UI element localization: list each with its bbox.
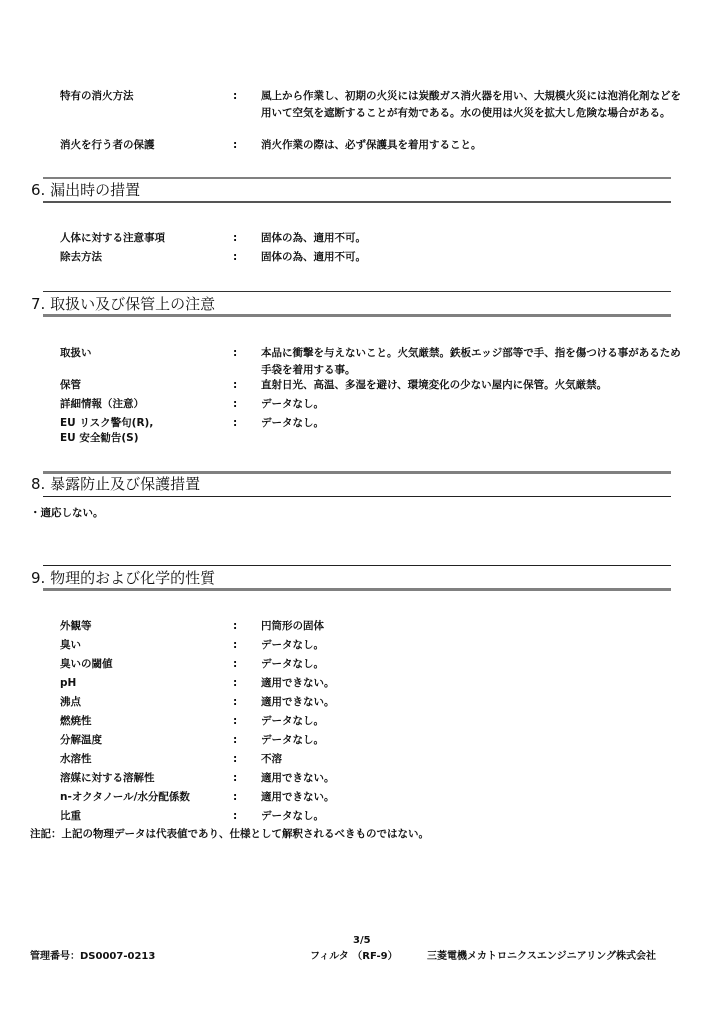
row-value: 適用できない。 [261,675,691,692]
row-value: データなし。 [261,713,691,730]
row-value: データなし。 [261,415,691,432]
section-title: 8. 暴露防止及び保護措置 [31,475,200,493]
row-colon: : [233,808,237,825]
row-colon: : [233,751,237,768]
row-value: データなし。 [261,637,691,654]
rule-bottom [43,496,671,497]
rule-bottom [43,588,671,591]
row-value: 不溶 [261,751,691,768]
row-specific-gravity: 比重 : データなし。 [0,808,724,825]
row-colon: : [233,675,237,692]
row-label: 水溶性 [60,751,92,768]
row-handling: 取扱い : 本品に衝撃を与えないこと。火気厳禁。鉄板エッジ部等で手、指を傷つける… [0,345,724,379]
row-solvent-solubility: 溶媒に対する溶解性 : 適用できない。 [0,770,724,787]
rule-bottom [43,314,671,317]
row-water-solubility: 水溶性 : 不溶 [0,751,724,768]
row-value: 固体の為、適用不可。 [261,249,691,266]
row-label: 除去方法 [60,249,102,266]
row-ph: pH : 適用できない。 [0,675,724,692]
row-label-2: EU 安全勧告(S) [60,430,139,447]
row-label: 保管 [60,377,81,394]
row-value: データなし。 [261,656,691,673]
row-firefighter-protection: 消火を行う者の保護 : 消火作業の際は、必ず保護具を着用すること。 [0,137,724,154]
section-8-note: ・適応しない。 [30,505,104,522]
row-label: 比重 [60,808,81,825]
row-value: データなし。 [261,808,691,825]
row-label: 特有の消火方法 [60,88,134,105]
row-value: 適用できない。 [261,694,691,711]
row-value: 風上から作業し、初期の火災には炭酸ガス消火器を用い、大規模火災には泡消化剤などを… [261,88,691,122]
row-odor: 臭い : データなし。 [0,637,724,654]
rule-top [43,291,671,292]
row-colon: : [233,88,237,105]
company-name: 三菱電機メカトロニクスエンジニアリング株式会社 [427,950,656,964]
row-label: 溶媒に対する溶解性 [60,770,155,787]
row-value: 適用できない。 [261,789,691,806]
row-colon: : [233,789,237,806]
rule-top [43,471,671,474]
row-value: データなし。 [261,732,691,749]
row-value: 直射日光、高温、多湿を避け、環境変化の少ない屋内に保管。火気厳禁。 [261,377,691,394]
row-removal-method: 除去方法 : 固体の為、適用不可。 [0,249,724,266]
section-7-header: 7. 取扱い及び保管上の注意 [43,291,671,317]
row-label: 燃焼性 [60,713,92,730]
rule-top [43,177,671,179]
row-odor-threshold: 臭いの閾値 : データなし。 [0,656,724,673]
row-colon: : [233,637,237,654]
row-colon: : [233,618,237,635]
row-flammability: 燃焼性 : データなし。 [0,713,724,730]
row-colon: : [233,415,237,432]
control-number: 管理番号：DS0007-0213 [30,950,155,964]
row-partition-coefficient: n-オクタノール/水分配係数 : 適用できない。 [0,789,724,806]
section-6-header: 6. 漏出時の措置 [43,177,671,203]
section-title: 7. 取扱い及び保管上の注意 [31,295,215,313]
section-9-header: 9. 物理的および化学的性質 [43,565,671,591]
row-special-extinguishing: 特有の消火方法 : 風上から作業し、初期の火災には炭酸ガス消火器を用い、大規模火… [0,88,724,139]
rule-bottom [43,201,671,203]
row-decomposition-temp: 分解温度 : データなし。 [0,732,724,749]
row-colon: : [233,770,237,787]
row-label: pH [60,675,76,692]
section-title: 9. 物理的および化学的性質 [31,569,215,587]
row-label: 詳細情報（注意） [60,396,144,413]
row-storage: 保管 : 直射日光、高温、多湿を避け、環境変化の少ない屋内に保管。火気厳禁。 [0,377,724,394]
page-number: 3/5 [353,934,371,948]
row-value: 適用できない。 [261,770,691,787]
row-colon: : [233,713,237,730]
row-label: n-オクタノール/水分配係数 [60,789,190,806]
row-label: 人体に対する注意事項 [60,230,165,247]
section-9-note: 注記：上記の物理データは代表値であり、仕様として解釈されるべきものではない。 [30,826,429,843]
row-colon: : [233,396,237,413]
row-label: 外観等 [60,618,92,635]
sds-page: 特有の消火方法 : 風上から作業し、初期の火災には炭酸ガス消火器を用い、大規模火… [0,0,724,1024]
row-value: 円筒形の固体 [261,618,691,635]
row-colon: : [233,694,237,711]
row-value: 固体の為、適用不可。 [261,230,691,247]
row-appearance: 外観等 : 円筒形の固体 [0,618,724,635]
section-title: 6. 漏出時の措置 [31,181,140,199]
row-value: 消火作業の際は、必ず保護具を着用すること。 [261,137,691,154]
row-colon: : [233,656,237,673]
row-label: 臭いの閾値 [60,656,113,673]
row-colon: : [233,230,237,247]
row-label: 取扱い [60,345,92,362]
rule-top [43,565,671,566]
row-label: 分解温度 [60,732,102,749]
row-colon: : [233,732,237,749]
row-colon: : [233,377,237,394]
row-label: 沸点 [60,694,81,711]
product-name: フィルタ （RF-9） [310,950,398,964]
section-8-header: 8. 暴露防止及び保護措置 [43,471,671,497]
row-personal-precautions: 人体に対する注意事項 : 固体の為、適用不可。 [0,230,724,247]
row-eu-phrases: EU リスク警句(R), EU 安全勧告(S) : データなし。 [0,415,724,449]
row-detail-info: 詳細情報（注意） : データなし。 [0,396,724,413]
row-value: 本品に衝撃を与えないこと。火気厳禁。鉄板エッジ部等で手、指を傷つける事があるため… [261,345,691,379]
row-colon: : [233,137,237,154]
row-label: 消火を行う者の保護 [60,137,155,154]
row-value: データなし。 [261,396,691,413]
row-label: 臭い [60,637,81,654]
row-boiling-point: 沸点 : 適用できない。 [0,694,724,711]
row-colon: : [233,249,237,266]
row-colon: : [233,345,237,362]
